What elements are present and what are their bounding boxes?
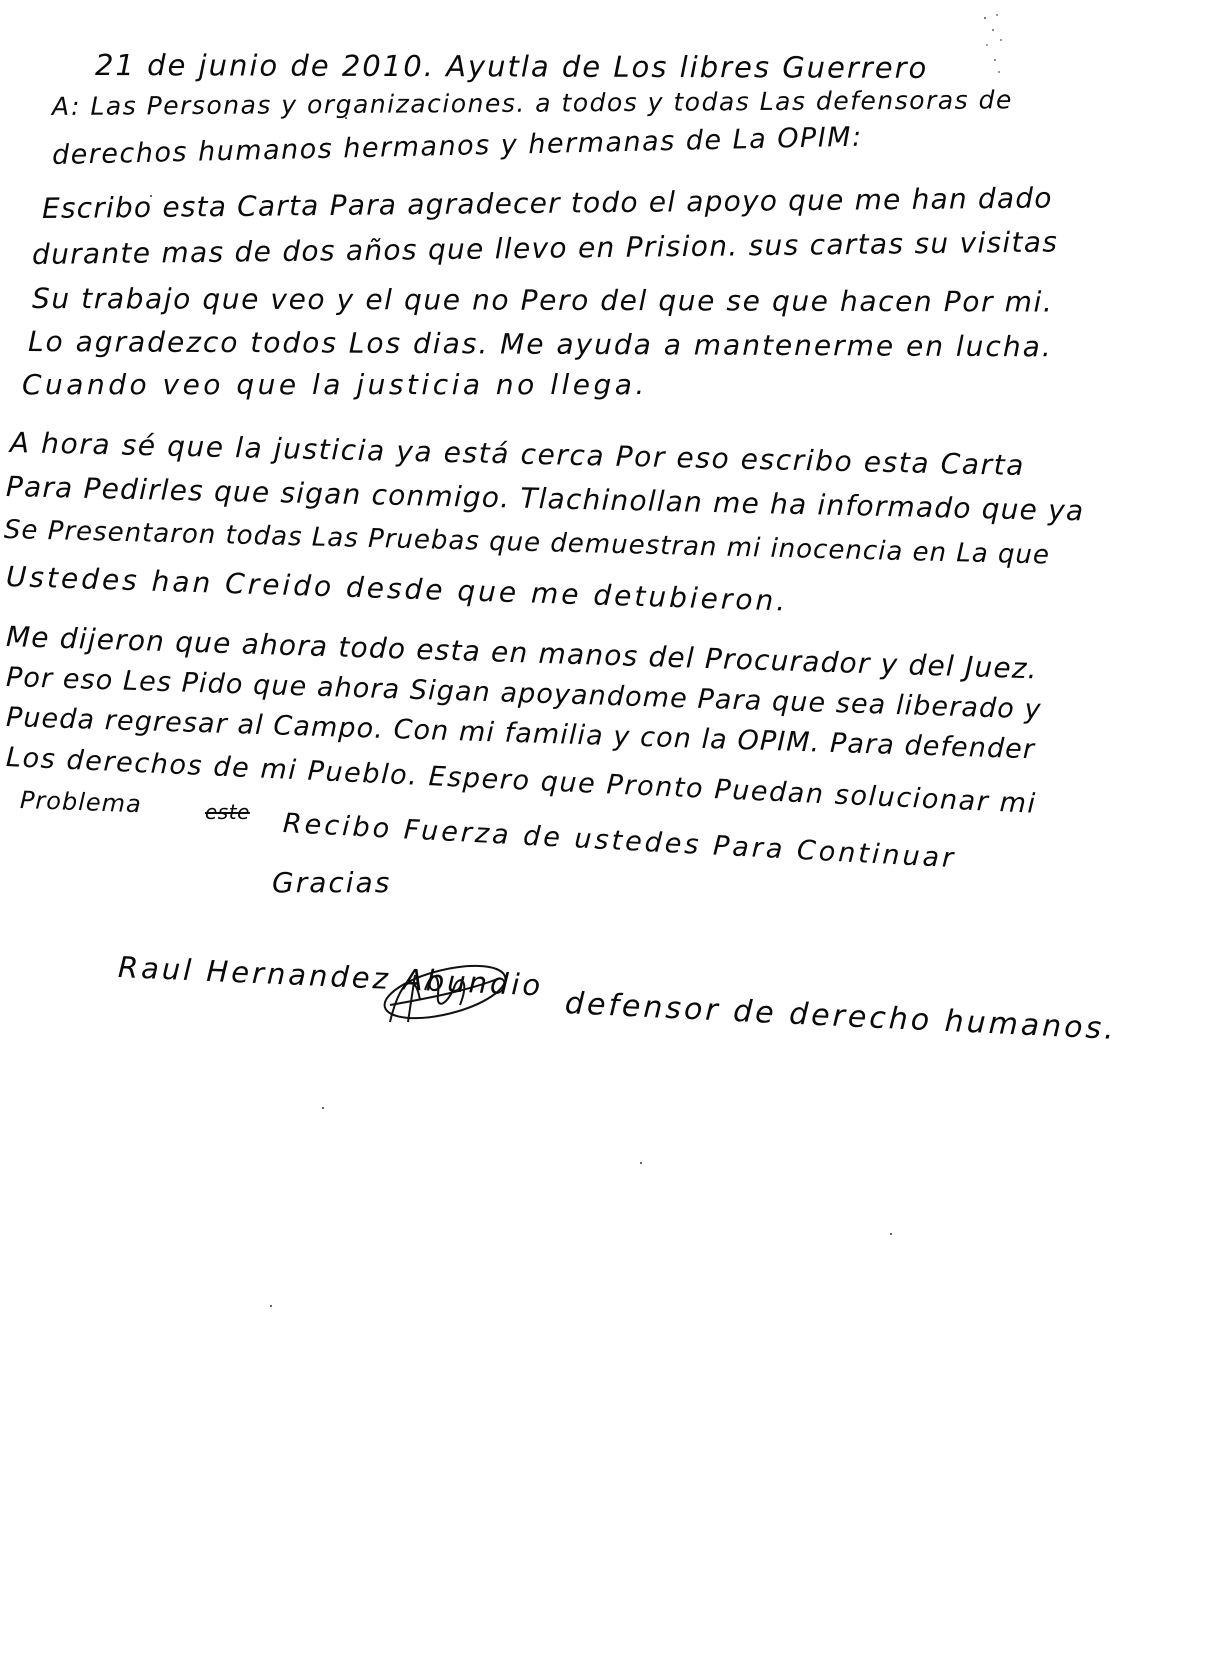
salutation-line-2: derechos humanos hermanos y hermanas de … [52, 122, 863, 171]
paragraph-2-line-3: Se Presentaron todas Las Pruebas que dem… [4, 515, 1051, 571]
closing-gracias: Gracias [272, 866, 391, 899]
salutation-line-1: A: Las Personas y organizaciones. a todo… [52, 85, 1013, 121]
paragraph-1-line-4: Lo agradezco todos Los dias. Me ayuda a … [28, 325, 1053, 363]
scan-speck [640, 1162, 642, 1164]
scan-noise-mark [975, 10, 1015, 80]
scan-speck [270, 1305, 272, 1307]
closing-problema: Problema [20, 786, 143, 818]
paragraph-1-line-1: Escribo esta Carta Para agradecer todo e… [42, 181, 1053, 225]
scan-speck [890, 1233, 892, 1235]
scan-speck [150, 195, 152, 197]
signature-title: defensor de derecho humanos. [564, 986, 1117, 1047]
struck-out-word: este [205, 800, 250, 824]
scan-speck [322, 1107, 324, 1109]
paragraph-1-line-2: durante mas de dos años que llevo en Pri… [32, 225, 1059, 271]
letter-page: 21 de junio de 2010. Ayutla de Los libre… [0, 0, 1227, 1668]
closing-recibo-line: Recibo Fuerza de ustedes Para Continuar [282, 808, 957, 874]
scan-speck [345, 117, 347, 119]
date-place-line: 21 de junio de 2010. Ayutla de Los libre… [95, 48, 928, 85]
paragraph-1-line-3: Su trabajo que veo y el que no Pero del … [32, 282, 1053, 319]
paragraph-1-line-5: Cuando veo que la justicia no llega. [22, 368, 648, 401]
signature-name: Raul Hernandez Abundio [117, 950, 544, 1003]
paragraph-2-line-4: Ustedes han Creido desde que me detubier… [5, 560, 788, 618]
